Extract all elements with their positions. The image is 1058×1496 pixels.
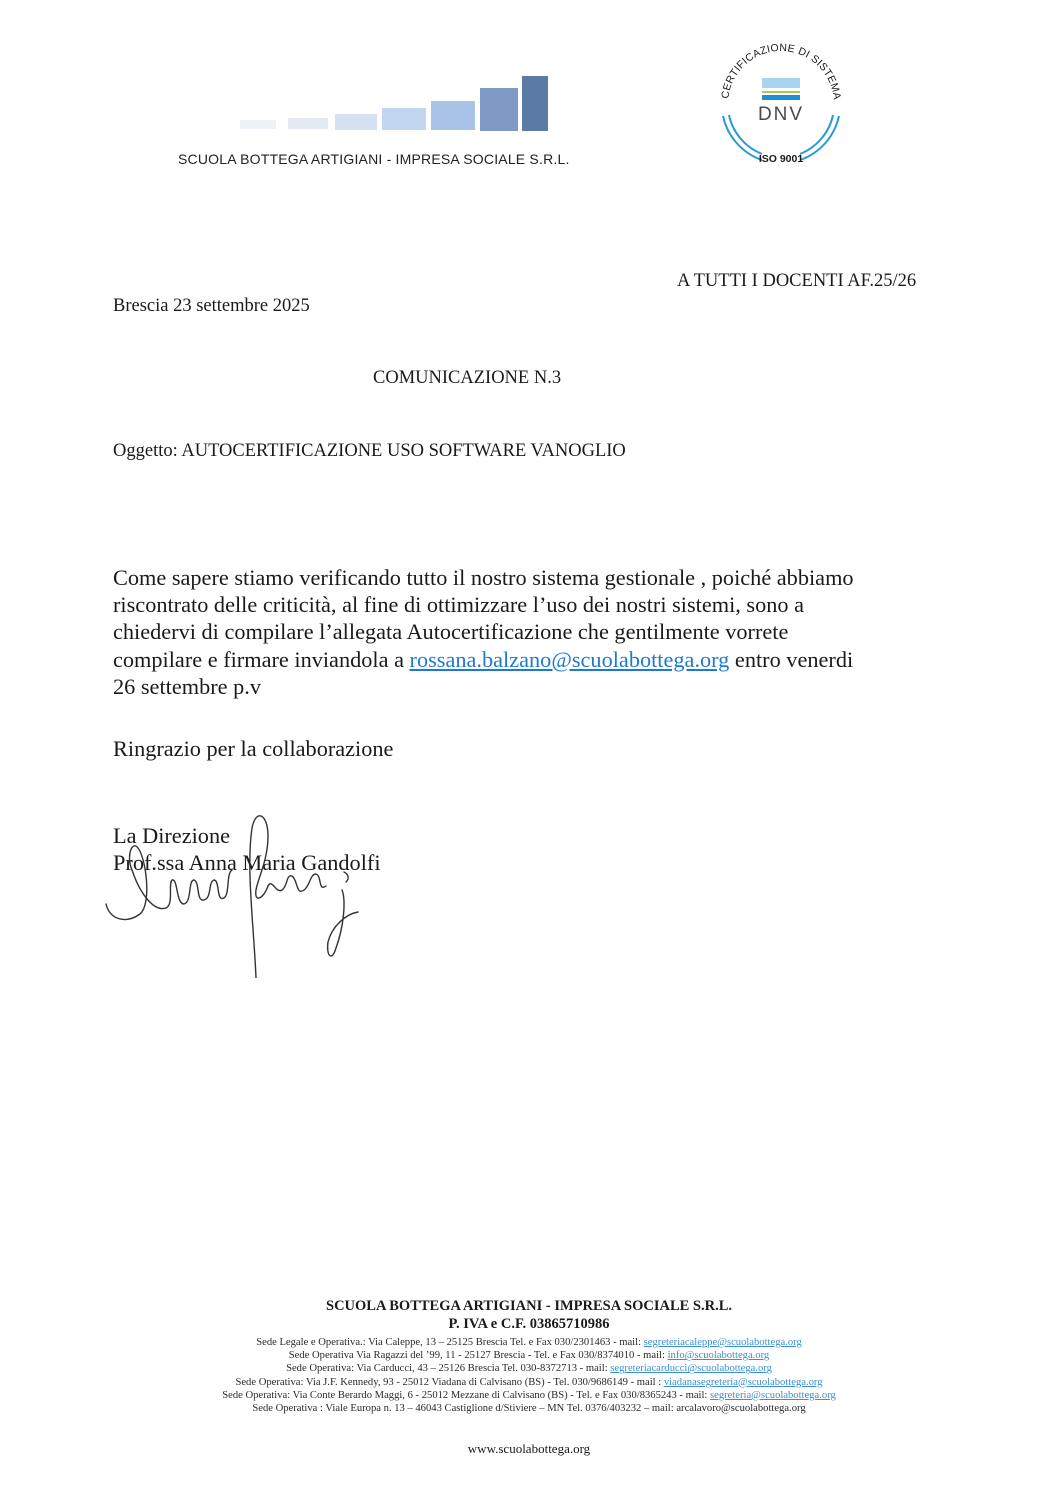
place-date: Brescia 23 settembre 2025 bbox=[113, 296, 310, 317]
dnv-iso-9001-seal-icon: CERTIFICAZIONE DI SISTEMA QUALITA' DNV I… bbox=[706, 24, 856, 174]
office-email-link[interactable]: segreteria@scuolabottega.org bbox=[710, 1390, 836, 1401]
seal-standard: ISO 9001 bbox=[759, 153, 804, 165]
office-address: Sede Operativa Via Ragazzi del ’99, 11 -… bbox=[289, 1350, 668, 1361]
office-email-link[interactable]: segreteriacarducci@scuolabottega.org bbox=[610, 1363, 772, 1374]
footer-company: SCUOLA BOTTEGA ARTIGIANI - IMPRESA SOCIA… bbox=[0, 1297, 1058, 1315]
body-line: riscontrato delle criticità, al fine di … bbox=[113, 591, 963, 618]
footer-vat: P. IVA e C.F. 03865710986 bbox=[0, 1315, 1058, 1333]
office-line: Sede Operativa: Via J.F. Kennedy, 93 - 2… bbox=[0, 1376, 1058, 1389]
office-email-link[interactable]: info@scuolabottega.org bbox=[668, 1350, 770, 1361]
office-line: Sede Operativa Via Ragazzi del ’99, 11 -… bbox=[0, 1349, 1058, 1362]
organization-logo bbox=[230, 74, 550, 136]
office-email: arcalavoro@scuolabottega.org bbox=[676, 1403, 805, 1414]
handwritten-signature-icon bbox=[96, 808, 386, 978]
office-line: Sede Operativa: Via Conte Berardo Maggi,… bbox=[0, 1389, 1058, 1402]
office-line: Sede Operativa : Viale Europa n. 13 – 46… bbox=[0, 1402, 1058, 1415]
organization-name: SCUOLA BOTTEGA ARTIGIANI - IMPRESA SOCIA… bbox=[178, 151, 570, 167]
body-line-text: compilare e firmare inviandola a bbox=[113, 647, 410, 672]
office-line: Sede Operativa: Via Carducci, 43 – 25126… bbox=[0, 1362, 1058, 1375]
body-line-text: entro venerdi bbox=[729, 647, 853, 672]
body-line: 26 settembre p.v bbox=[113, 673, 963, 700]
body-line: compilare e firmare inviandola a rossana… bbox=[113, 646, 963, 673]
office-address: Sede Operativa: Via J.F. Kennedy, 93 - 2… bbox=[235, 1377, 663, 1388]
office-line: Sede Legale e Operativa.: Via Caleppe, 1… bbox=[0, 1336, 1058, 1349]
body-line: Come sapere stiamo verificando tutto il … bbox=[113, 564, 963, 591]
office-email-link[interactable]: segreteriacaleppe@scuolabottega.org bbox=[644, 1337, 802, 1348]
letterhead-footer: SCUOLA BOTTEGA ARTIGIANI - IMPRESA SOCIA… bbox=[0, 1297, 1058, 1415]
closing-text: Ringrazio per la collaborazione bbox=[113, 736, 393, 762]
office-address: Sede Legale e Operativa.: Via Caleppe, 1… bbox=[256, 1337, 643, 1348]
communication-title: COMUNICAZIONE N.3 bbox=[373, 368, 561, 389]
office-address: Sede Operativa : Viale Europa n. 13 – 46… bbox=[252, 1403, 676, 1414]
certification-seal: CERTIFICAZIONE DI SISTEMA QUALITA' DNV I… bbox=[706, 24, 856, 174]
office-email-link[interactable]: viadanasegreteria@scuolabottega.org bbox=[664, 1377, 823, 1388]
recipient-line: A TUTTI I DOCENTI AF.25/26 bbox=[677, 271, 916, 292]
office-address: Sede Operativa: Via Conte Berardo Maggi,… bbox=[222, 1390, 710, 1401]
seal-brand: DNV bbox=[758, 104, 804, 125]
website-link[interactable]: www.scuolabottega.org bbox=[0, 1441, 1058, 1457]
ascending-blue-bars-logo-icon bbox=[230, 74, 550, 136]
office-address: Sede Operativa: Via Carducci, 43 – 25126… bbox=[286, 1363, 610, 1374]
body-line: chiedervi di compilare l’allegata Autoce… bbox=[113, 618, 963, 645]
email-link[interactable]: rossana.balzano@scuolabottega.org bbox=[410, 647, 730, 672]
letter-body: Come sapere stiamo verificando tutto il … bbox=[113, 564, 963, 700]
subject-line: Oggetto: AUTOCERTIFICAZIONE USO SOFTWARE… bbox=[113, 441, 626, 462]
